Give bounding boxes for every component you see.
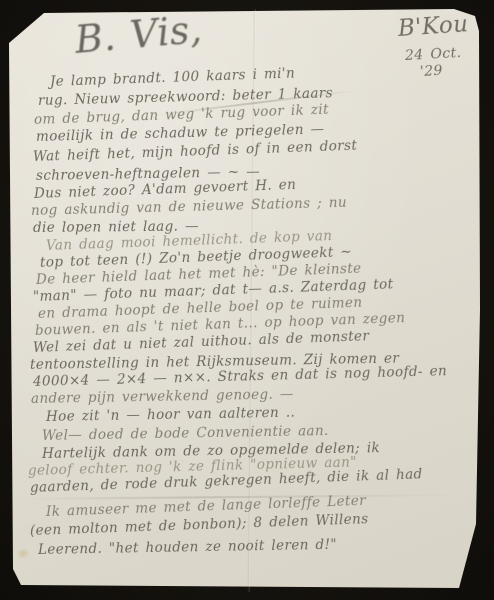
header-place: B'Kou <box>397 11 469 42</box>
paper-stain <box>16 548 30 559</box>
header-date-day-month: 24 Oct. <box>405 45 462 64</box>
header-date-year: '29 <box>420 63 444 80</box>
letter-photo: B. Vis, B'Kou 24 Oct. '29 Je lamp brandt… <box>0 0 494 600</box>
